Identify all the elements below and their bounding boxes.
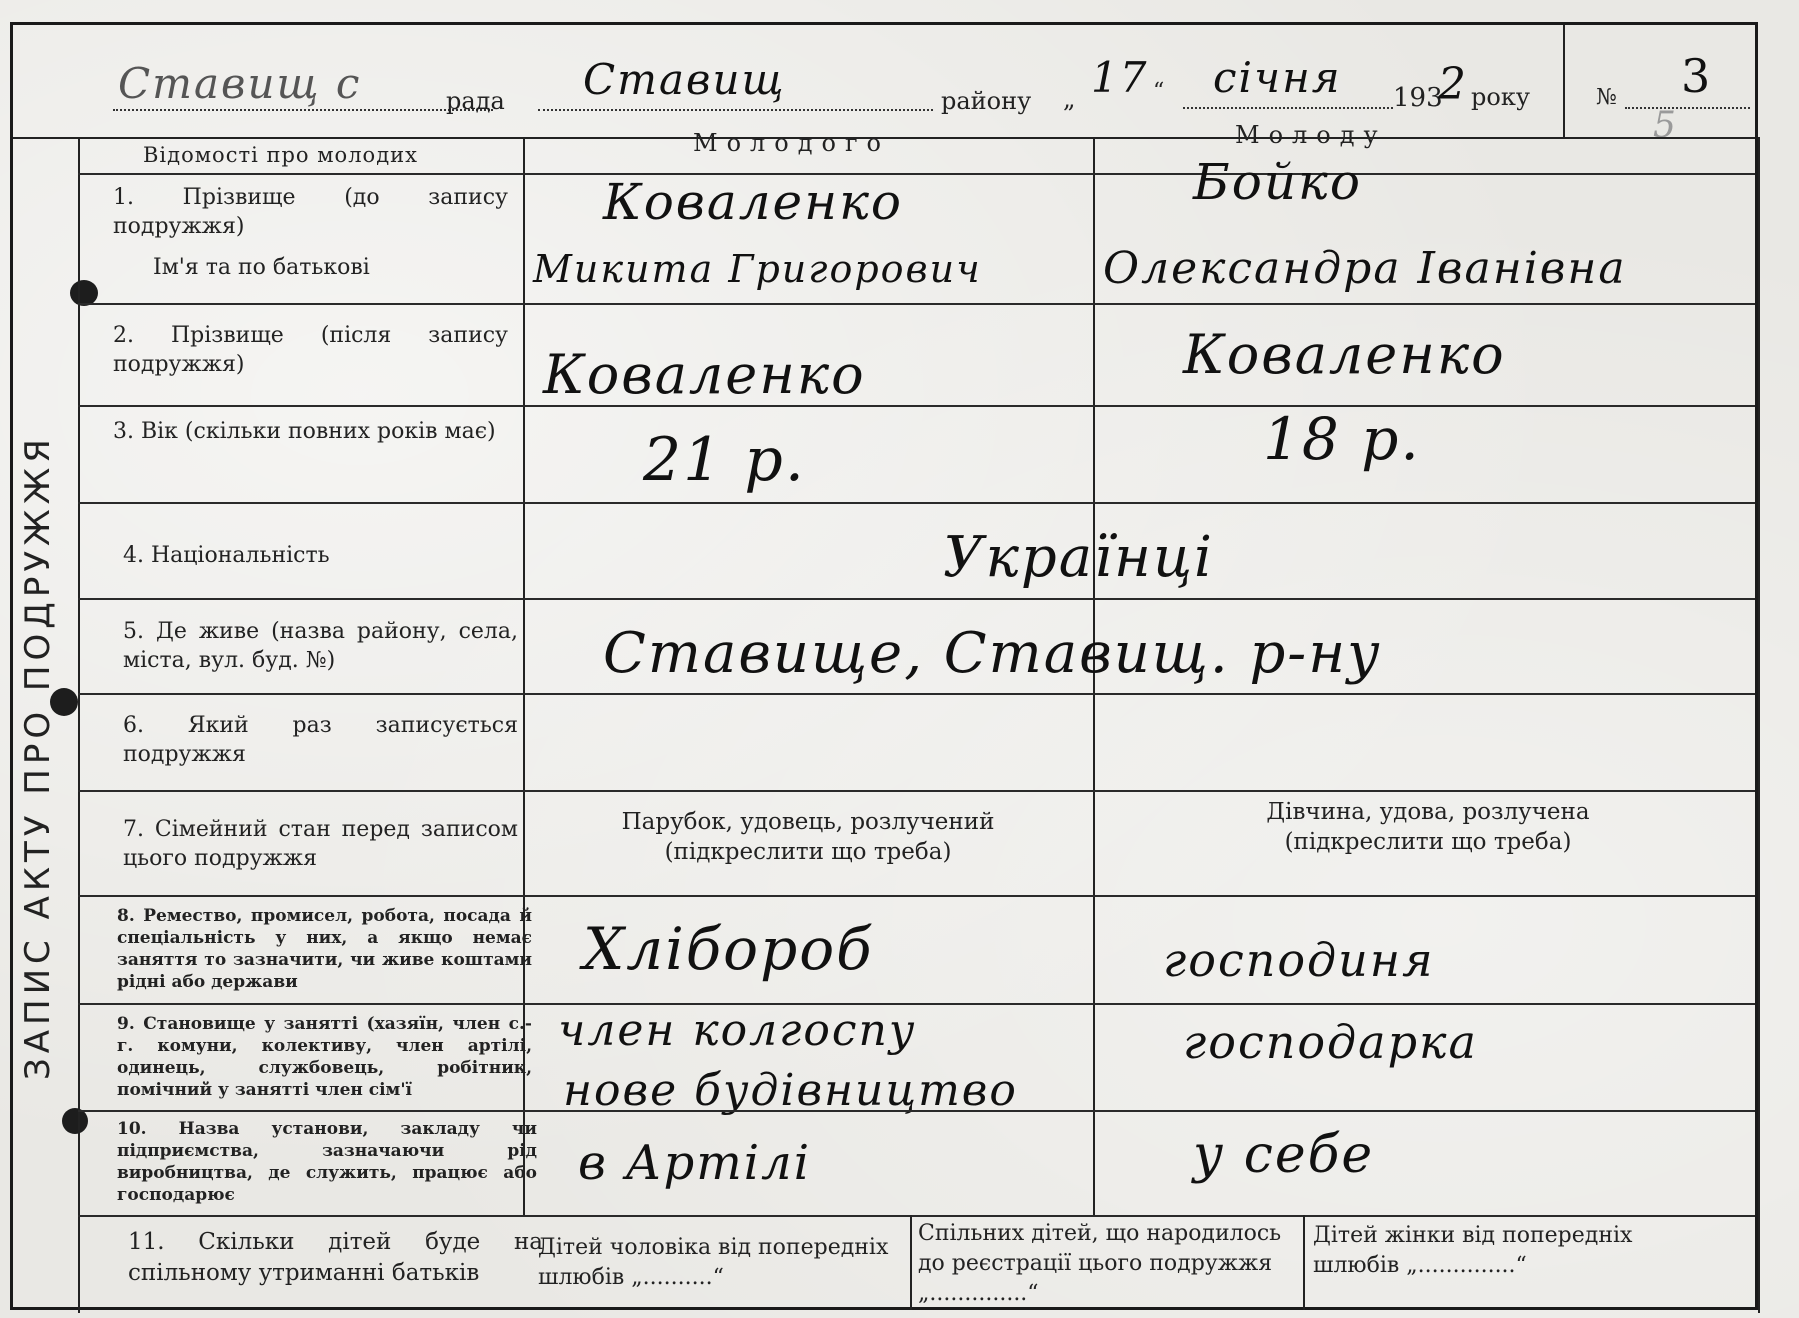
year-digit: 2 — [1438, 59, 1468, 110]
row-9-bride: господарка — [1183, 1015, 1478, 1069]
year-prefix: 193 — [1393, 83, 1443, 113]
month-dots — [1183, 107, 1393, 109]
row-10-bride: у себе — [1193, 1125, 1374, 1185]
row-divider — [78, 173, 1755, 175]
row-divider — [78, 693, 1755, 695]
row-7-label: 7. Сімейний стан перед записом цього под… — [123, 815, 518, 873]
col-header-bride: Молоду — [1235, 121, 1387, 149]
month-value: січня — [1213, 53, 1342, 102]
raion-value: Ставищ — [583, 55, 786, 104]
row-4-value: Українці — [943, 525, 1214, 590]
row-divider — [78, 303, 1755, 305]
row-9-label: 9. Становище у занятті (хазяїн, член с.-… — [117, 1013, 532, 1101]
divider — [1563, 25, 1565, 137]
row-3-bride: 18 р. — [1263, 405, 1421, 473]
row-divider — [78, 1110, 1755, 1112]
row-2-bride: Коваленко — [1183, 323, 1506, 386]
row-7-groom-options: Парубок, удовець, розлучений — [533, 807, 1083, 837]
row-8-label: 8. Ремество, промисел, робота, посада й … — [117, 905, 532, 993]
row-divider — [78, 502, 1755, 504]
raion-label: району — [941, 87, 1031, 115]
row-divider — [78, 1215, 1755, 1217]
row-2-label: 2. Прізвище (після запису подружжя) — [113, 321, 508, 379]
row-11-common-children: Спільних дітей, що народилось до реєстра… — [918, 1219, 1293, 1309]
row-11-bride-children: Дітей жінки від попередніх шлюбів „.....… — [1313, 1221, 1713, 1281]
row-7-bride-note: (підкреслити що треба) — [1103, 827, 1753, 857]
row-10-label: 10. Назва установи, закладу чи підприємс… — [117, 1118, 537, 1206]
number-dots — [1625, 107, 1750, 109]
marriage-record-form: Ставищ с рада Ставищ району „ 17 “ січня… — [10, 22, 1758, 1310]
row-5-value: Ставище, Ставищ. р-ну — [603, 621, 1382, 686]
row-9-groom: член колгоспу — [558, 1005, 916, 1056]
row-5-label: 5. Де живе (назва району, села, міста, в… — [123, 617, 518, 675]
row-divider — [78, 790, 1755, 792]
raion-dots — [538, 109, 933, 111]
header: Ставищ с рада Ставищ району „ 17 “ січня… — [13, 25, 1755, 137]
rada-value: Ставищ с — [118, 59, 361, 108]
row-4-label: 4. Національність — [123, 541, 518, 570]
left-table-border — [78, 137, 80, 1313]
rada-label: рада — [446, 87, 505, 115]
row-7-bride-options: Дівчина, удова, розлучена — [1103, 797, 1753, 827]
row-9-groom-sub: нове будівництво — [563, 1065, 1018, 1116]
row-divider — [78, 598, 1755, 600]
row-7-groom-note: (підкреслити що треба) — [533, 837, 1083, 867]
row-1-groom-name: Микита Григорович — [533, 247, 982, 291]
row-1-label: 1. Прізвище (до запису подружжя) — [113, 183, 508, 241]
document-scan: ЗАПИС АКТУ ПРО ПОДРУЖЖЯ Ставищ с рада Ст… — [0, 0, 1799, 1318]
row-divider — [78, 405, 1755, 407]
column-divider — [910, 1215, 912, 1310]
row-1-bride-name: Олександра Іванівна — [1103, 243, 1627, 294]
column-divider — [1303, 1215, 1305, 1310]
row-11-label: 11. Скільки дітей буде на спільному утри… — [128, 1227, 543, 1289]
row-divider — [78, 895, 1755, 897]
quote-open: „ — [1063, 85, 1075, 113]
number-value: 3 — [1681, 49, 1712, 103]
row-2-groom: Коваленко — [543, 343, 866, 406]
row-8-groom: Хлібороб — [583, 915, 874, 983]
row-1-sublabel: Ім'я та по батькові — [153, 253, 503, 282]
row-1-bride-surname: Бойко — [1193, 153, 1362, 211]
right-table-border — [1758, 137, 1760, 1313]
row-10-groom: в Артілі — [578, 1135, 811, 1191]
row-3-label: 3. Вік (скільки повних років має) — [113, 417, 508, 446]
row-divider — [78, 1003, 1755, 1005]
quote-close: “ — [1153, 79, 1164, 104]
row-1-groom-surname: Коваленко — [603, 173, 903, 231]
row-6-label: 6. Який раз записується подружжя — [123, 711, 518, 769]
number-label: № — [1596, 85, 1617, 110]
row-3-groom: 21 р. — [643, 425, 806, 495]
col-header-info: Відомості про молодих — [143, 143, 418, 167]
number-faint: 5 — [1653, 105, 1678, 146]
row-8-bride: господиня — [1163, 933, 1435, 987]
rada-dots — [113, 109, 493, 111]
year-label: року — [1471, 83, 1530, 111]
col-header-groom: Молодого — [693, 129, 890, 157]
row-11-groom-children: Дітей чоловіка від попередніх шлюбів „..… — [538, 1233, 898, 1293]
day-value: 17 — [1091, 53, 1148, 102]
